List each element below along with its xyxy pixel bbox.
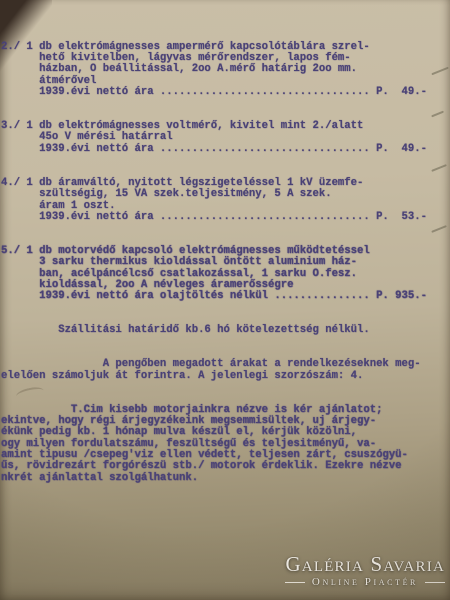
dash-icon [285, 582, 305, 583]
document-photo: 2./ 1 db elektrómágnesses ampermérő kapc… [0, 0, 450, 600]
delivery-note: Szállitási határidő kb.6 hó kötelezettsé… [1, 325, 450, 336]
currency-conversion-note: A pengőben megadott árakat a rendelkezés… [1, 359, 450, 382]
dash-icon [425, 582, 445, 583]
watermark-subtitle-text: Online Piactér [312, 576, 418, 588]
price-item-2: 2./ 1 db elektrómágnesses ampermérő kapc… [1, 42, 450, 99]
watermark: Galéria Savaria Online Piactér [285, 553, 445, 588]
price-item-4: 4./ 1 db áramváltó, nyitott légszigetelé… [1, 178, 450, 223]
price-item-3: 3./ 1 db elektrómágnesses voltmérő, kivi… [1, 121, 450, 155]
watermark-title: Galéria Savaria [285, 553, 445, 575]
price-item-5: 5./ 1 db motorvédő kapcsoló elektrómágne… [1, 246, 450, 303]
motors-offer-note: T.Cim kisebb motorjainkra nézve is kér a… [1, 405, 450, 484]
typewritten-text: 2./ 1 db elektrómágnesses ampermérő kapc… [1, 19, 450, 507]
watermark-subtitle: Online Piactér [285, 576, 445, 588]
